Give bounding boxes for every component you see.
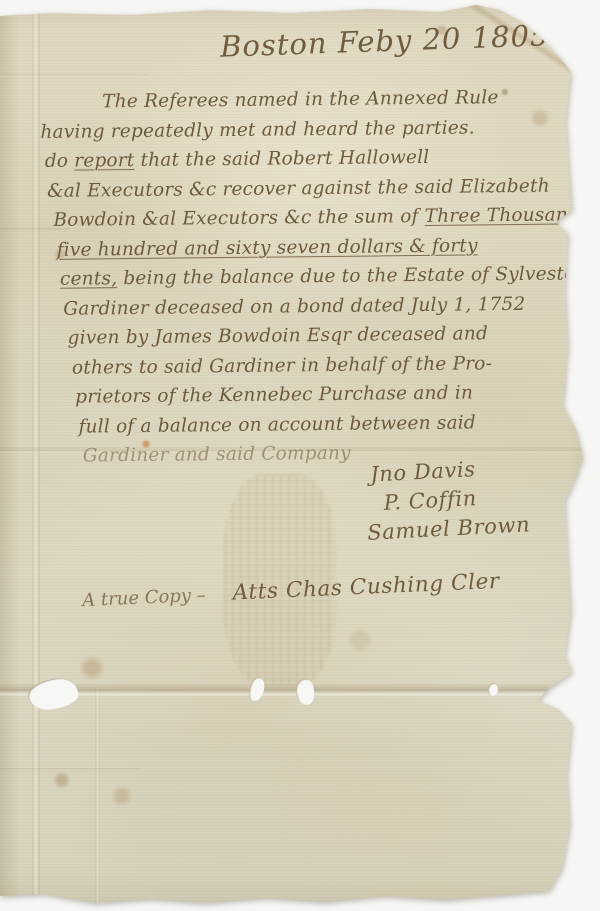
attestation-line: A true Copy – Atts Chas Cushing Cler: [82, 569, 501, 612]
manuscript-text: Bowdoin &al Executors &c the sum of: [53, 206, 424, 231]
manuscript-text: &al Executors &c recover against the sai…: [47, 175, 550, 201]
manuscript-line: Gardiner deceased on a bond dated July 1…: [63, 289, 585, 324]
manuscript-text: being the balance due to the Estate of S…: [117, 263, 584, 289]
manuscript-line: cents, being the balance due to the Esta…: [60, 259, 585, 294]
manuscript-text: do: [45, 151, 75, 172]
manuscript-text: Gardiner deceased on a bond dated July 1…: [63, 293, 525, 319]
underlined-phrase: Three Thousand: [425, 204, 580, 227]
underlined-phrase: five hundred and sixty seven dollars & f…: [57, 235, 478, 260]
paper-sheet: Boston Feby 20 1805 The Referees named i…: [0, 0, 600, 911]
underlined-phrase: cents,: [60, 268, 117, 290]
manuscript-text: full of a balance on account between sai…: [78, 412, 476, 437]
manuscript-text: that the said Robert Hallowell: [134, 147, 429, 171]
manuscript-body: The Referees named in the Annexed Ruleha…: [38, 82, 586, 471]
manuscript-text: having repeatedly met and heard the part…: [40, 117, 475, 143]
attestation-copy: A true Copy –: [82, 585, 206, 611]
manuscript-text: The Referees named in the Annexed Rule: [102, 87, 499, 112]
attestation-clerk: Atts Chas Cushing Cler: [232, 569, 500, 606]
manuscript-dateline: Boston Feby 20 1805: [220, 18, 550, 63]
manuscript-line: Bowdoin &al Executors &c the sum of Thre…: [53, 200, 584, 235]
manuscript-text: given by James Bowdoin Esqr deceased and: [68, 323, 489, 348]
manuscript-content: Boston Feby 20 1805 The Referees named i…: [38, 0, 578, 911]
underlined-phrase: report: [74, 150, 134, 172]
manuscript-text: others to said Gardiner in behalf of the…: [72, 353, 492, 378]
scanned-document: Boston Feby 20 1805 The Referees named i…: [0, 0, 600, 911]
paper-shadow-wrap: Boston Feby 20 1805 The Referees named i…: [0, 0, 600, 911]
manuscript-text: prietors of the Kennebec Purchase and in: [75, 382, 473, 407]
